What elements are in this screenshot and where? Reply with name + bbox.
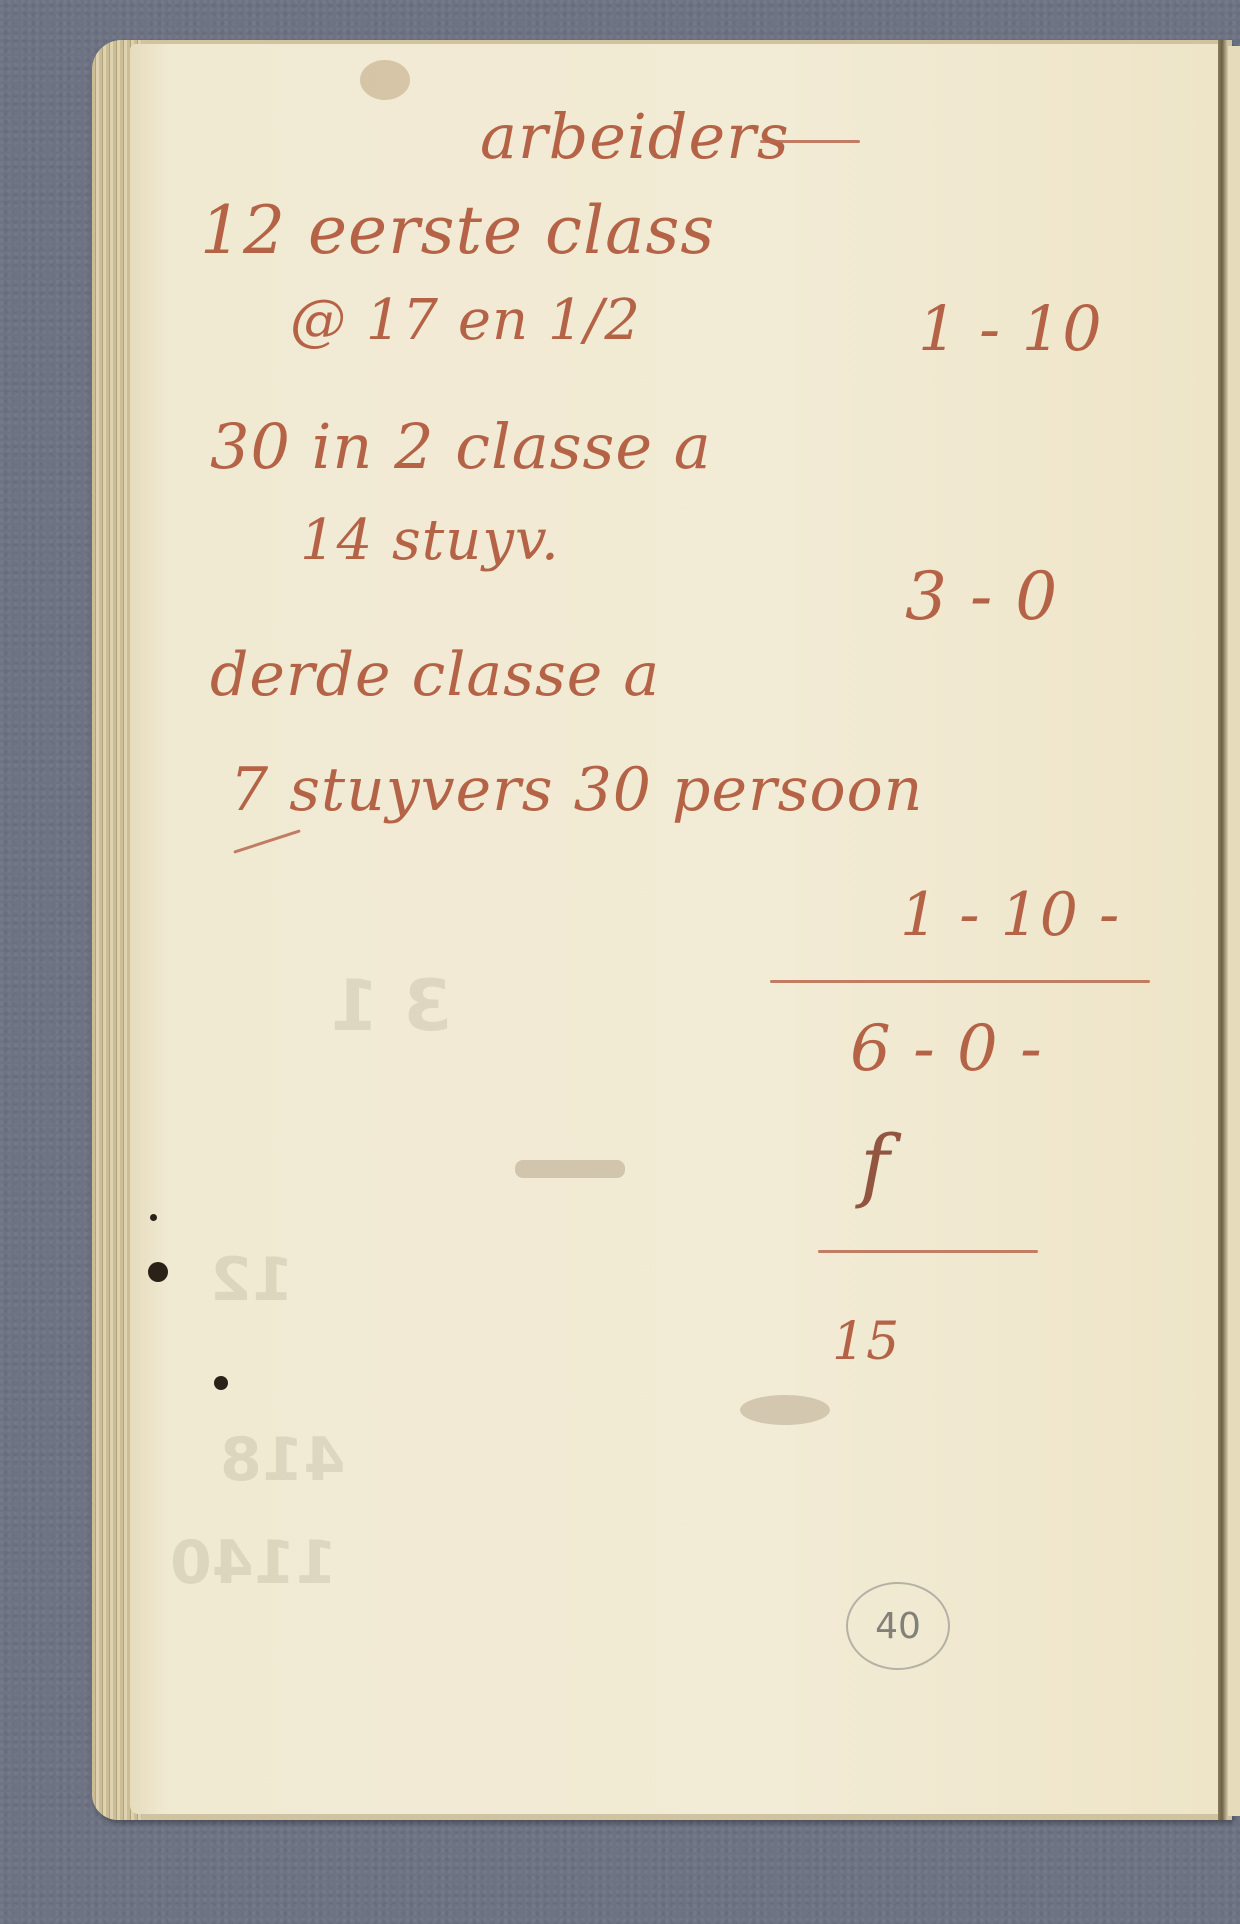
line-5-text: derde classe a xyxy=(210,640,660,710)
line-1-text: 12 eerste class xyxy=(200,192,715,269)
smudge xyxy=(515,1160,625,1178)
heading-arbeiders: arbeiders xyxy=(480,100,790,173)
sum-rule xyxy=(770,980,1150,983)
facing-page-edge xyxy=(1228,46,1240,1816)
stain xyxy=(360,60,410,100)
ink-spot xyxy=(214,1376,228,1390)
line-6-text: 7 stuyvers 30 persoon xyxy=(230,755,923,825)
sum-total: 6 - 0 - xyxy=(850,1012,1043,1086)
line-2-text: @ 17 en 1/2 xyxy=(290,288,641,353)
ink-spot xyxy=(150,1214,157,1221)
line-3-text: 30 in 2 classe a xyxy=(210,410,712,483)
line-2-amount: 1 - 10 xyxy=(918,292,1103,365)
line-4-amount: 3 - 0 xyxy=(905,558,1058,635)
folio-number: 40 xyxy=(846,1582,950,1670)
book-gutter xyxy=(1218,40,1228,1820)
heading-flourish xyxy=(760,140,860,143)
sum-note: 15 xyxy=(832,1312,900,1372)
line-4-text: 14 stuyv. xyxy=(300,508,560,573)
folio-number-text: 40 xyxy=(875,1606,921,1647)
sum-rule-2 xyxy=(818,1250,1038,1253)
smudge xyxy=(740,1395,830,1425)
ink-spot xyxy=(148,1262,168,1282)
sum-mark: f xyxy=(860,1118,891,1211)
sum-addend: 1 - 10 - xyxy=(900,880,1120,950)
